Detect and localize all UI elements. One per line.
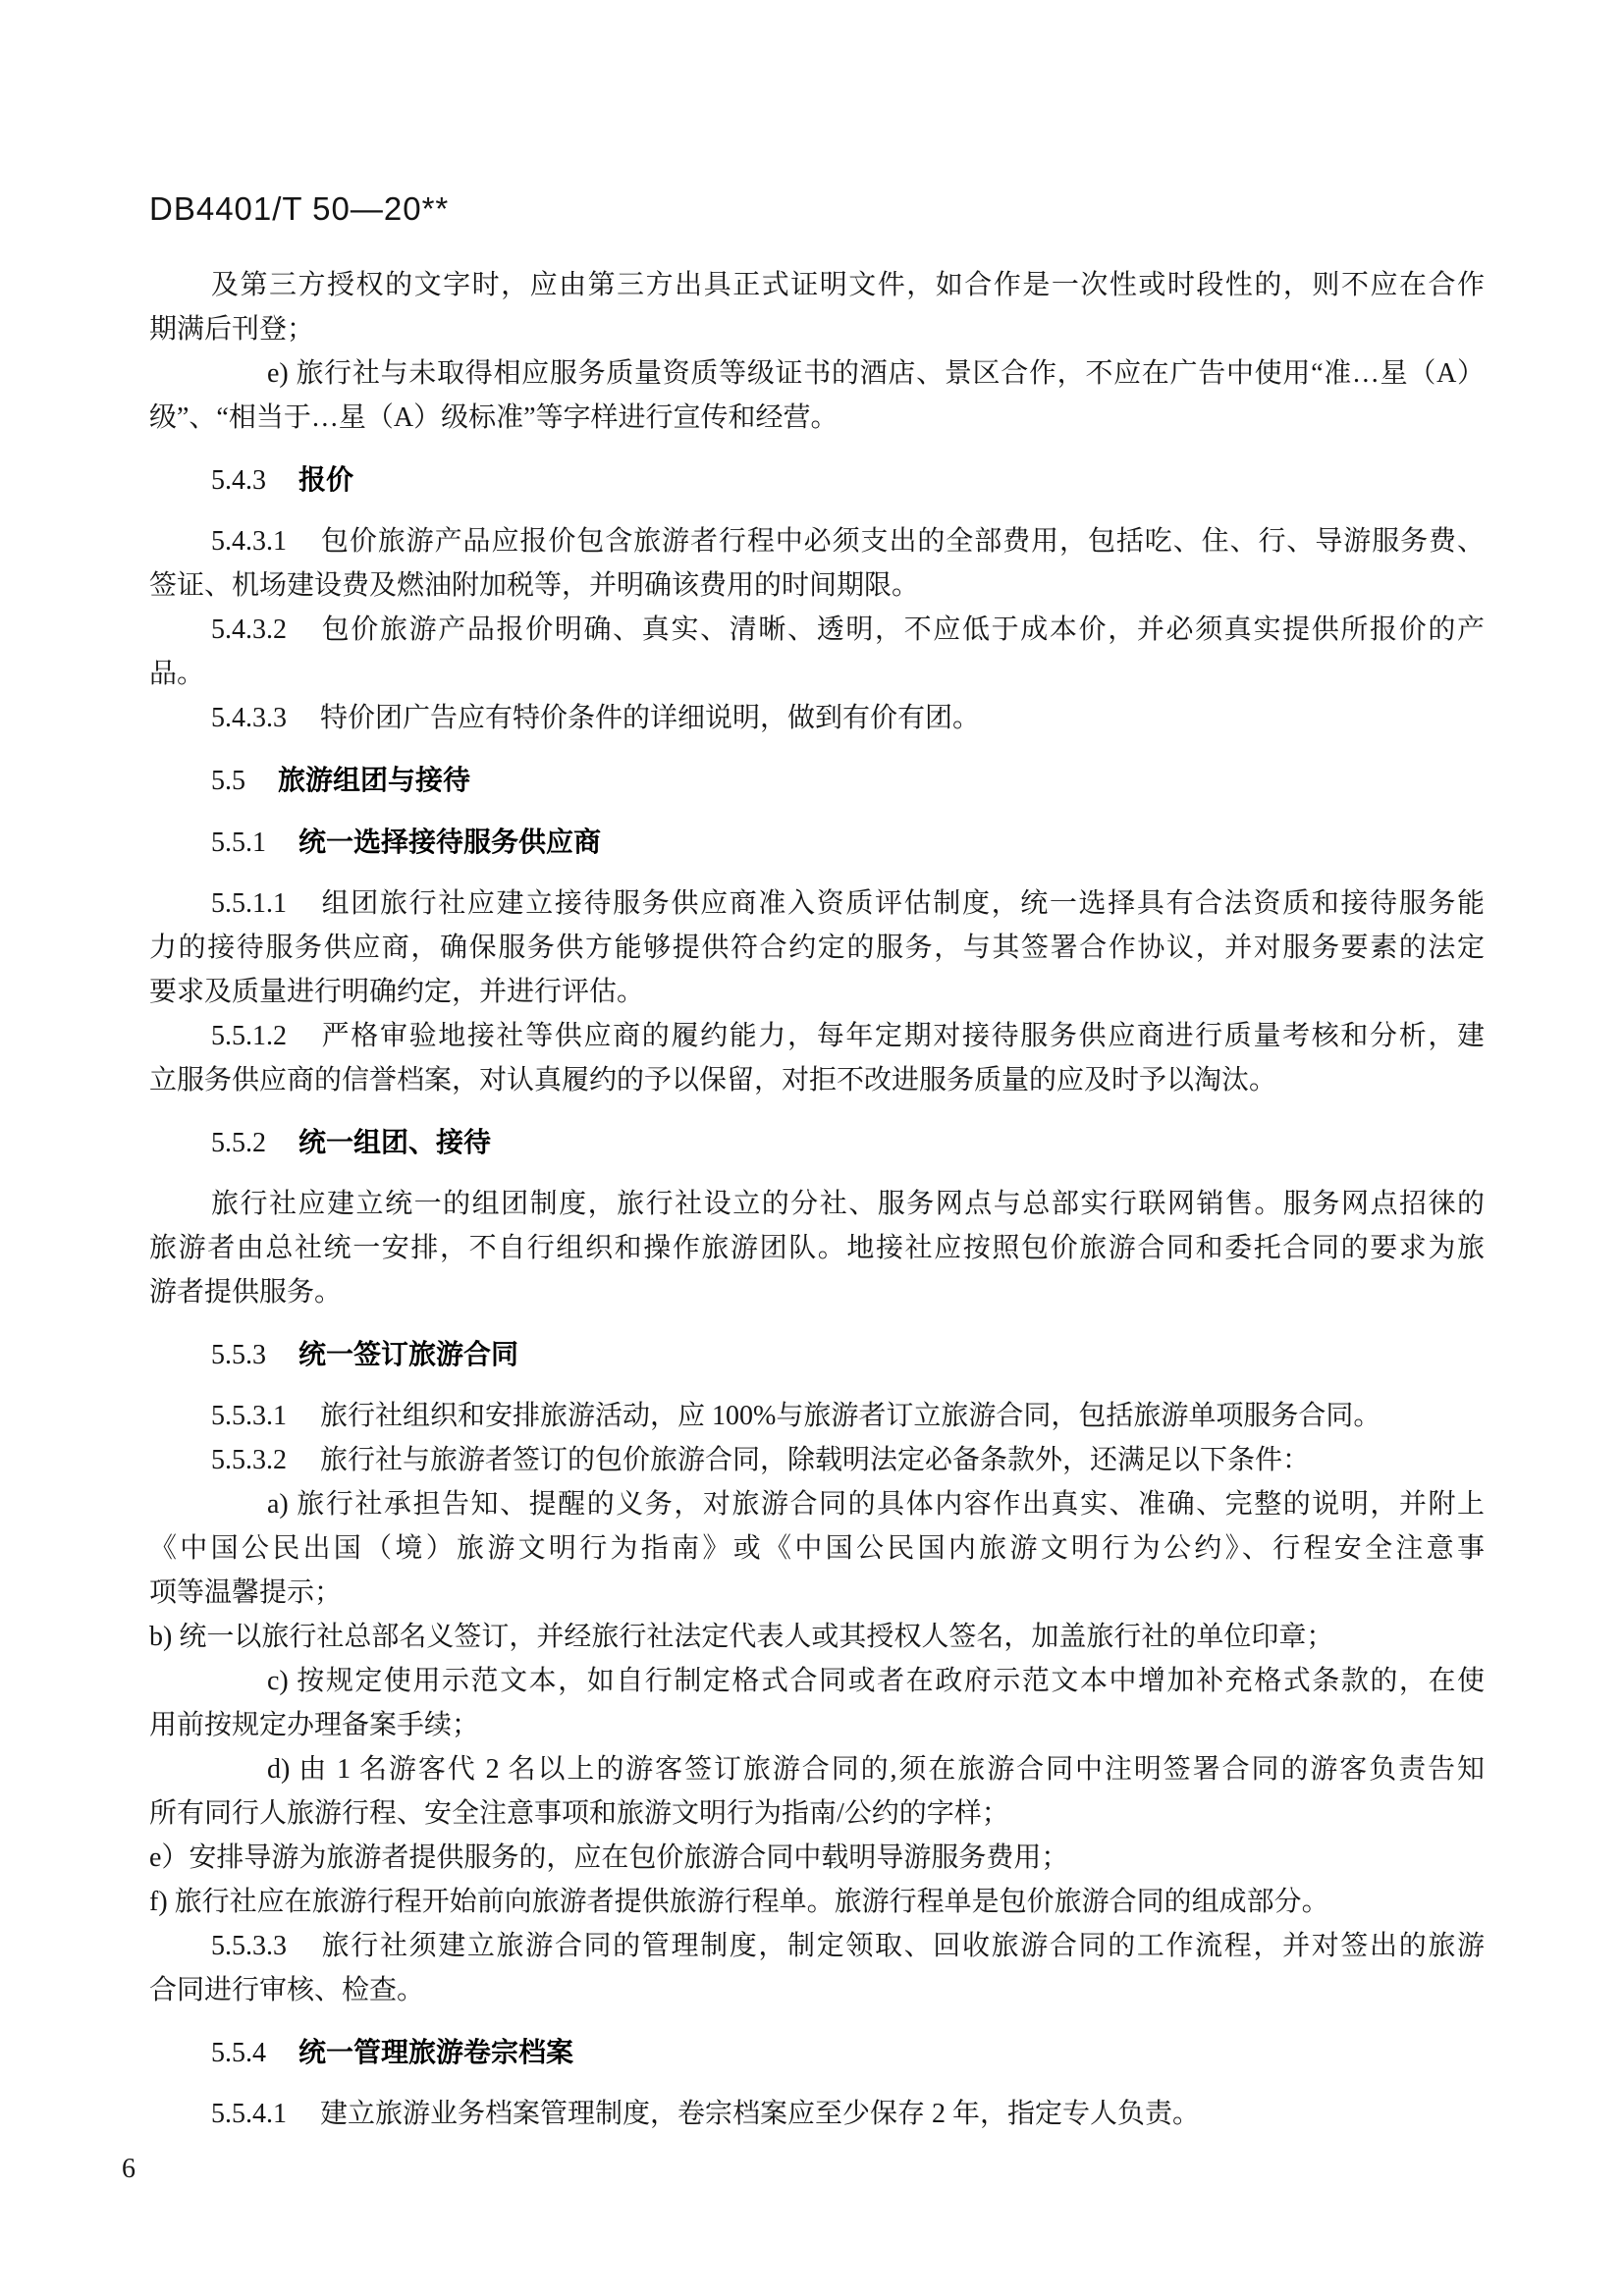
clause-line: 5.5.3.3旅行社须建立旅游合同的管理制度，制定领取、回收旅游合同的工作流程，… <box>149 1924 1485 1968</box>
text-line: 旅行社应建立统一的组团制度，旅行社设立的分社、服务网点与总部实行联网销售。服务网… <box>149 1182 1485 1226</box>
heading-title: 统一选择接待服务供应商 <box>298 827 601 857</box>
clause-line: 5.5.3.2旅行社与旅游者签订的包价旅游合同，除载明法定必备条款外，还满足以下… <box>149 1438 1485 1482</box>
section-heading: 5.4.3报价 <box>149 457 1485 502</box>
list-item-line: d) 由 1 名游客代 2 名以上的游客签订旅游合同的,须在旅游合同中注明签署合… <box>149 1747 1485 1791</box>
section-heading: 5.5.2统一组团、接待 <box>149 1120 1485 1164</box>
document-page: DB4401/T 50—20** 及第三方授权的文字时，应由第三方出具正式证明文… <box>0 0 1624 2296</box>
section-heading: 5.5.4统一管理旅游卷宗档案 <box>149 2030 1485 2074</box>
text-line: 及第三方授权的文字时，应由第三方出具正式证明文件，如合作是一次性或时段性的，则不… <box>149 263 1485 307</box>
text-line: 合同进行审核、检查。 <box>149 1968 1485 2012</box>
clause-line: 5.5.1.2严格审验地接社等供应商的履约能力，每年定期对接待服务供应商进行质量… <box>149 1014 1485 1058</box>
text-line: 所有同行人旅游行程、安全注意事项和旅游文明行为指南/公约的字样； <box>149 1791 1485 1836</box>
clause-number: 5.5.3.3 <box>211 1931 287 1961</box>
text-line: 级”、“相当于…星（A）级标准”等字样进行宣传和经营。 <box>149 396 1485 440</box>
clause-text: 旅行社与旅游者签订的包价旅游合同，除载明法定必备条款外，还满足以下条件： <box>320 1445 1310 1475</box>
text-line: 用前按规定办理备案手续； <box>149 1703 1485 1747</box>
clause-line: 5.4.3.1包价旅游产品应报价包含旅游者行程中必须支出的全部费用，包括吃、住、… <box>149 519 1485 563</box>
clause-line: 5.5.1.1组团旅行社应建立接待服务供应商准入资质评估制度，统一选择具有合法资… <box>149 881 1485 926</box>
clause-text: 旅行社须建立旅游合同的管理制度，制定领取、回收旅游合同的工作流程，并对签出的旅游 <box>320 1931 1485 1961</box>
text-line: 期满后刊登； <box>149 307 1485 351</box>
clause-number: 5.5.4.1 <box>211 2099 287 2129</box>
clause-line: 5.5.3.1旅行社组织和安排旅游活动，应 100%与旅游者订立旅游合同，包括旅… <box>149 1394 1485 1438</box>
clause-number: 5.4.3.1 <box>211 526 287 557</box>
page-number: 6 <box>122 2150 1624 2189</box>
list-item-line: e) 旅行社与未取得相应服务质量资质等级证书的酒店、景区合作，不应在广告中使用“… <box>149 351 1485 396</box>
text-line: 立服务供应商的信誉档案，对认真履约的予以保留，对拒不改进服务质量的应及时予以淘汰… <box>149 1058 1485 1102</box>
heading-number: 5.4.3 <box>211 465 266 496</box>
text-line: 要求及质量进行明确约定，并进行评估。 <box>149 970 1485 1014</box>
heading-number: 5.5 <box>211 766 245 796</box>
text-line: 游者提供服务。 <box>149 1270 1485 1314</box>
section-heading: 5.5.3统一签订旅游合同 <box>149 1332 1485 1376</box>
text-line: 旅游者由总社统一安排，不自行组织和操作旅游团队。地接社应按照包价旅游合同和委托合… <box>149 1226 1485 1270</box>
clause-line: 5.4.3.2包价旅游产品报价明确、真实、清晰、透明，不应低于成本价，并必须真实… <box>149 608 1485 652</box>
text-line: 《中国公民出国（境）旅游文明行为指南》或《中国公民国内旅游文明行为公约》、行程安… <box>149 1526 1485 1571</box>
heading-title: 统一签订旅游合同 <box>298 1339 518 1369</box>
list-item-line: a) 旅行社承担告知、提醒的义务，对旅游合同的具体内容作出真实、准确、完整的说明… <box>149 1482 1485 1526</box>
clause-text: 特价团广告应有特价条件的详细说明，做到有价有团。 <box>320 703 980 733</box>
doc-number-header: DB4401/T 50—20** <box>149 192 1485 226</box>
heading-title: 统一组团、接待 <box>298 1127 491 1157</box>
heading-title: 旅游组团与接待 <box>278 765 470 795</box>
clause-text: 包价旅游产品应报价包含旅游者行程中必须支出的全部费用，包括吃、住、行、导游服务费… <box>320 526 1485 557</box>
list-item-line: e）安排导游为旅游者提供服务的，应在包价旅游合同中载明导游服务费用； <box>149 1836 1485 1880</box>
clause-line: 5.5.4.1建立旅游业务档案管理制度，卷宗档案应至少保存 2 年，指定专人负责… <box>149 2092 1485 2136</box>
clause-number: 5.4.3.2 <box>211 614 287 645</box>
list-item-line: f) 旅行社应在旅游行程开始前向旅游者提供旅游行程单。旅游行程单是包价旅游合同的… <box>149 1880 1485 1924</box>
heading-number: 5.5.4 <box>211 2038 266 2068</box>
section-heading: 5.5.1统一选择接待服务供应商 <box>149 820 1485 864</box>
heading-title: 报价 <box>298 464 353 495</box>
text-line: 签证、机场建设费及燃油附加税等，并明确该费用的时间期限。 <box>149 563 1485 608</box>
clause-text: 建立旅游业务档案管理制度，卷宗档案应至少保存 2 年，指定专人负责。 <box>320 2099 1200 2129</box>
clause-text: 组团旅行社应建立接待服务供应商准入资质评估制度，统一选择具有合法资质和接待服务能 <box>320 888 1485 919</box>
section-heading: 5.5旅游组团与接待 <box>149 758 1485 802</box>
text-line: 项等温馨提示； <box>149 1571 1485 1615</box>
clause-number: 5.5.3.1 <box>211 1401 287 1431</box>
clause-number: 5.5.3.2 <box>211 1445 287 1475</box>
text-line: 力的接待服务供应商，确保服务供方能够提供符合约定的服务，与其签署合作协议，并对服… <box>149 926 1485 970</box>
clause-number: 5.4.3.3 <box>211 703 287 733</box>
heading-number: 5.5.2 <box>211 1128 266 1158</box>
heading-title: 统一管理旅游卷宗档案 <box>298 2037 573 2067</box>
list-item-line: b) 统一以旅行社总部名义签订，并经旅行社法定代表人或其授权人签名，加盖旅行社的… <box>149 1615 1485 1659</box>
clause-number: 5.5.1.2 <box>211 1021 287 1051</box>
document-body: 及第三方授权的文字时，应由第三方出具正式证明文件，如合作是一次性或时段性的，则不… <box>149 263 1485 2136</box>
clause-text: 包价旅游产品报价明确、真实、清晰、透明，不应低于成本价，并必须真实提供所报价的产 <box>320 614 1485 645</box>
clause-text: 严格审验地接社等供应商的履约能力，每年定期对接待服务供应商进行质量考核和分析，建 <box>320 1021 1485 1051</box>
text-line: 品。 <box>149 652 1485 696</box>
heading-number: 5.5.3 <box>211 1340 266 1370</box>
clause-line: 5.4.3.3特价团广告应有特价条件的详细说明，做到有价有团。 <box>149 696 1485 740</box>
clause-text: 旅行社组织和安排旅游活动，应 100%与旅游者订立旅游合同，包括旅游单项服务合同… <box>320 1401 1380 1431</box>
heading-number: 5.5.1 <box>211 828 266 858</box>
clause-number: 5.5.1.1 <box>211 888 287 919</box>
list-item-line: c) 按规定使用示范文本，如自行制定格式合同或者在政府示范文本中增加补充格式条款… <box>149 1659 1485 1703</box>
